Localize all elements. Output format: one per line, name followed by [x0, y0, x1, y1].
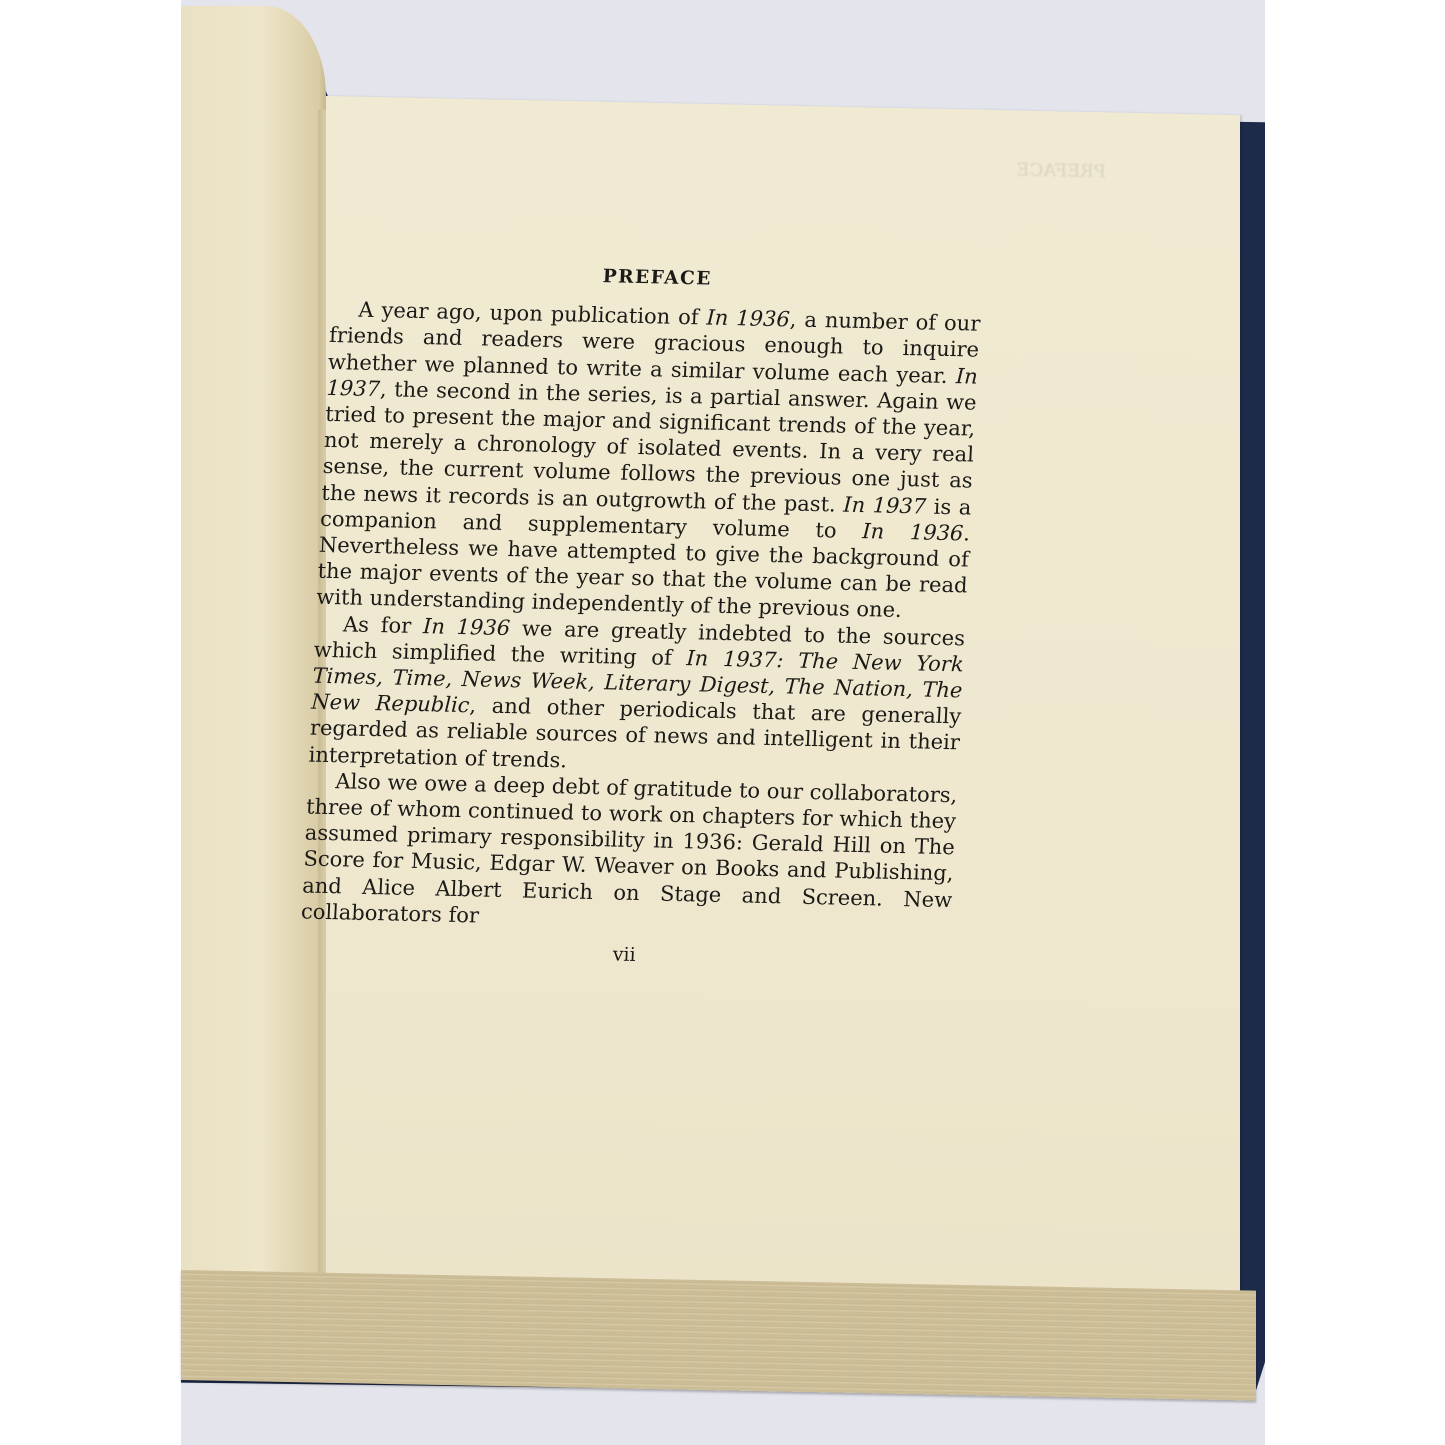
paragraph-1: A year ago, upon publication of In 1936,… — [316, 296, 981, 625]
preface-text: PREFACE A year ago, upon publication of … — [299, 258, 983, 975]
paragraph-3: Also we owe a deep debt of gratitude to … — [300, 767, 958, 939]
bleed-through-heading: PREFACE — [386, 145, 1106, 184]
text-run: Also we owe a deep debt of gratitude to … — [300, 769, 957, 927]
book-title: In 1936 — [862, 519, 964, 545]
book-title: In 1936 — [423, 614, 511, 640]
page-edges — [181, 1270, 1256, 1401]
paragraph-2: As for In 1936 we are greatly indebted t… — [308, 610, 966, 782]
left-page — [181, 6, 326, 1296]
bleed-through-text: PREFACE — [386, 145, 1106, 184]
text-run: As for — [343, 612, 424, 638]
book-title: In 1937 — [843, 492, 927, 518]
book-title: In 1936 — [706, 306, 790, 332]
